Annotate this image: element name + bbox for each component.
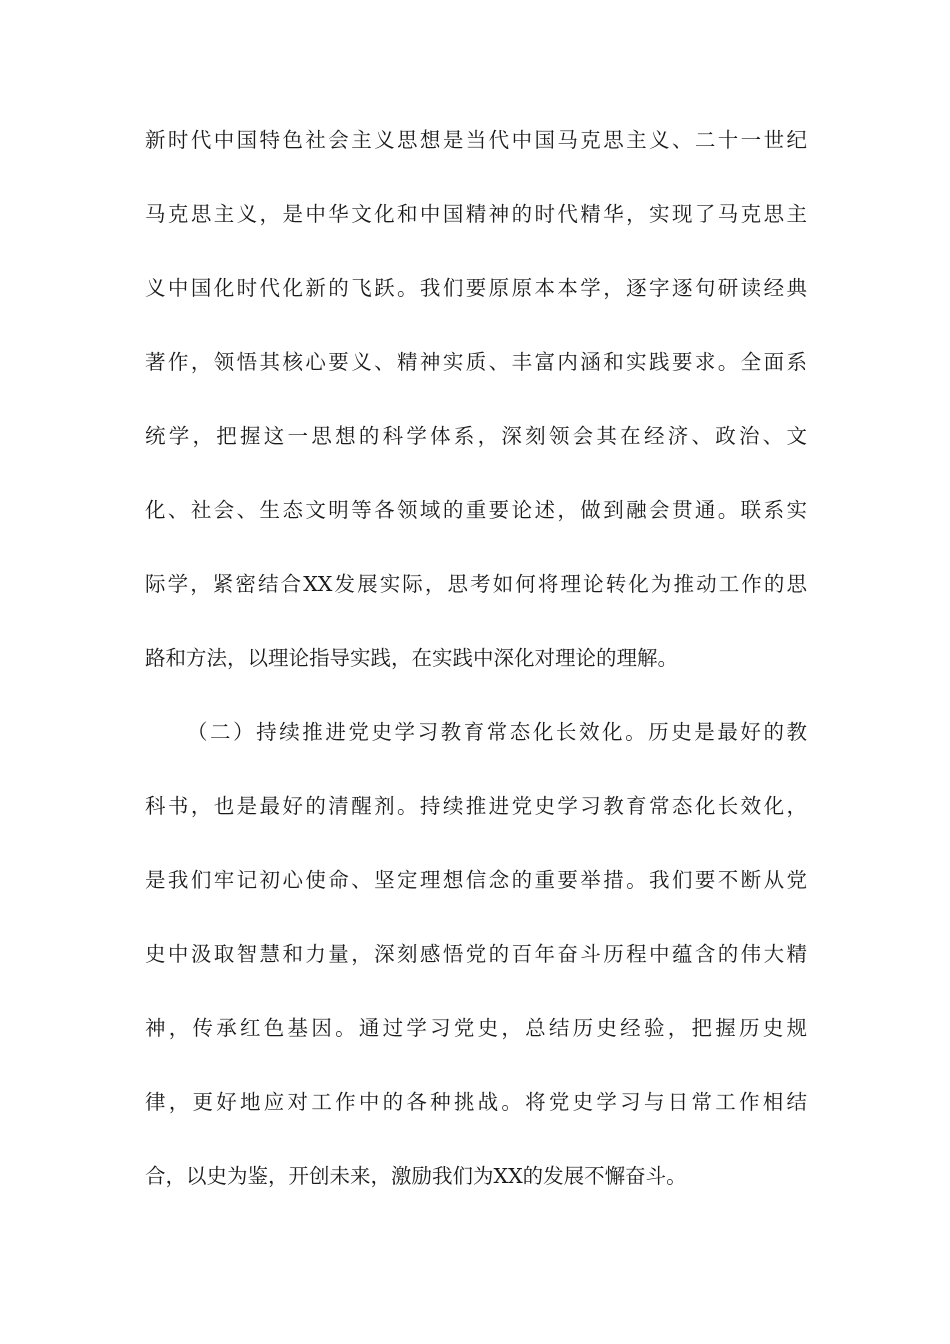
text-line: 是我们牢记初心使命、坚定理想信念的重要举措。我们要不断从党	[145, 868, 807, 892]
text-line: 际学，紧密结合XX发展实际，思考如何将理论转化为推动工作的思	[145, 572, 807, 596]
text-line: 统学，把握这一思想的科学体系，深刻领会其在经济、政治、文	[145, 424, 807, 448]
text-line: 马克思主义，是中华文化和中国精神的时代精华，实现了马克思主	[145, 202, 807, 226]
text-line: 著作，领悟其核心要义、精神实质、丰富内涵和实践要求。全面系	[145, 350, 807, 374]
text-line: 化、社会、生态文明等各领域的重要论述，做到融会贯通。联系实	[145, 498, 807, 522]
text-line: 合，以史为鉴，开创未来，激励我们为XX的发展不懈奋斗。	[145, 1164, 807, 1188]
text-line: 神，传承红色基因。通过学习党史，总结历史经验，把握历史规	[145, 1016, 807, 1040]
text-line: 新时代中国特色社会主义思想是当代中国马克思主义、二十一世纪	[145, 128, 807, 152]
document-page: 新时代中国特色社会主义思想是当代中国马克思主义、二十一世纪 马克思主义，是中华文…	[0, 0, 950, 1344]
text-line: 史中汲取智慧和力量，深刻感悟党的百年奋斗历程中蕴含的伟大精	[145, 942, 807, 966]
text-line: 律，更好地应对工作中的各种挑战。将党史学习与日常工作相结	[145, 1090, 807, 1114]
text-line: 义中国化时代化新的飞跃。我们要原原本本学，逐字逐句研读经典	[145, 276, 807, 300]
text-line: 科书，也是最好的清醒剂。持续推进党史学习教育常态化长效化，	[145, 794, 807, 818]
text-line: 路和方法，以理论指导实践，在实践中深化对理论的理解。	[145, 646, 807, 670]
section-heading-line: （二）持续推进党史学习教育常态化长效化。历史是最好的教	[187, 720, 807, 744]
